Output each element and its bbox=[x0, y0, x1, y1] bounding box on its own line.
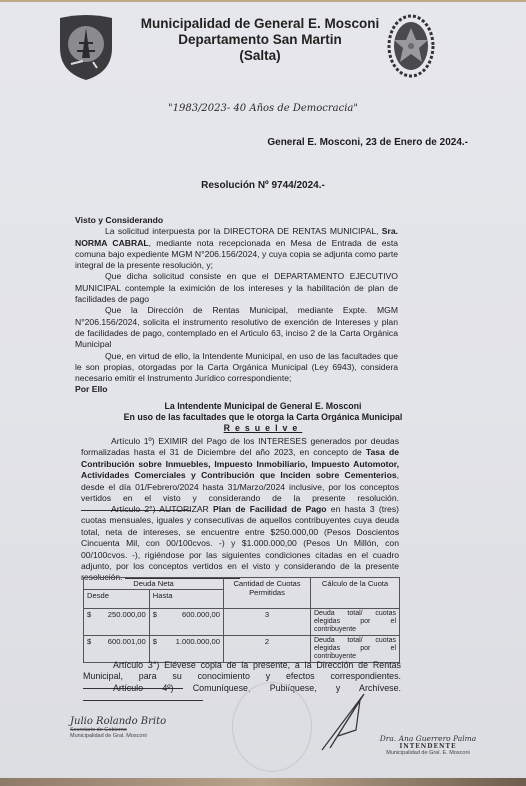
signature-left: Julio Rolando Brito Secretario de Gobier… bbox=[70, 716, 210, 739]
art2-text-a: Artículo 2°) AUTORIZAR bbox=[111, 504, 213, 514]
th-calculo: Cálculo de la Cuota bbox=[311, 578, 400, 609]
currency: $ bbox=[87, 637, 91, 646]
resuelve-heading: Resuelve bbox=[224, 423, 303, 433]
header-province: (Salta) bbox=[120, 48, 400, 63]
signature-right: Dra. Ana Guerrero Palma INTENDENTE Munic… bbox=[368, 734, 488, 756]
visto-paragraph-2: Que dicha solicitud consiste en que el D… bbox=[75, 271, 398, 305]
background-edge-bottom bbox=[0, 778, 526, 786]
left-signature-script: Julio Rolando Brito bbox=[70, 716, 210, 727]
hasta-value: 1.000.000,00 bbox=[176, 637, 220, 646]
desde-value: 250.000,00 bbox=[108, 610, 146, 619]
municipal-shield-icon bbox=[57, 14, 115, 82]
calculo-value: Deuda total/ cuotas elegidas por el cont… bbox=[311, 609, 400, 636]
header-municipality: Municipalidad de General E. Mosconi bbox=[120, 16, 400, 31]
article-2: Artículo 2°) AUTORIZAR Plan de Facilidad… bbox=[81, 504, 399, 584]
th-hasta: Hasta bbox=[149, 590, 223, 609]
header-department: Departamento San Martin bbox=[120, 32, 400, 47]
art1-text-a: Artículo 1º) EXIMIR del Pago de los INTE… bbox=[81, 436, 399, 457]
visto-paragraph-4: Que, en virtud de ello, la Intendente Mu… bbox=[75, 351, 398, 385]
por-ello: Por Ello bbox=[75, 384, 398, 395]
resuelve-wrapper: Resuelve bbox=[0, 423, 526, 433]
facultades-line: En uso de las facultades que le otorga l… bbox=[0, 412, 526, 422]
left-signature-org: Municipalidad de Gral. Mosconi bbox=[70, 733, 210, 739]
art2-text-b: en hasta 3 (tres) cuotas mensuales, igua… bbox=[81, 504, 399, 582]
th-desde: Desde bbox=[84, 590, 150, 609]
date-line: General E. Mosconi, 23 de Enero de 2024.… bbox=[267, 137, 468, 148]
calculo-value: Deuda total/ cuotas elegidas por el cont… bbox=[311, 636, 400, 663]
art2-plan: Plan de Facilidad de Pago bbox=[213, 504, 327, 514]
intendente-line: La Intendente Municipal de General E. Mo… bbox=[0, 401, 526, 411]
currency: $ bbox=[153, 610, 157, 619]
table-row: $600.001,00 $1.000.000,00 2 Deuda total/… bbox=[84, 636, 400, 663]
hasta-value: 600.000,00 bbox=[182, 610, 220, 619]
signature-scribble-icon bbox=[320, 690, 380, 770]
visto-paragraph-3: Que la Dirección de Rentas Municipal, me… bbox=[75, 305, 398, 350]
visto-section: Visto y Considerando La solicitud interp… bbox=[75, 215, 398, 396]
payment-plan-table: Deuda Neta Cantidad de Cuotas Permitidas… bbox=[83, 577, 400, 663]
desde-value: 600.001,00 bbox=[108, 637, 146, 646]
visto-heading: Visto y Considerando bbox=[75, 215, 398, 226]
faded-stamp bbox=[232, 682, 312, 772]
cuotas-value: 2 bbox=[224, 636, 311, 663]
right-signature-org: Municipalidad de Gral. E. Mosconi bbox=[368, 750, 488, 756]
right-signature-name: Dra. Ana Guerrero Palma bbox=[368, 734, 488, 743]
democracy-motto: "1983/2023- 40 Años de Democracia" bbox=[0, 103, 526, 114]
currency: $ bbox=[87, 610, 91, 619]
resolution-title: Resolución Nº 9744/2024.- bbox=[0, 180, 526, 191]
th-cuotas: Cantidad de Cuotas Permitidas bbox=[224, 578, 311, 609]
th-deuda-neta: Deuda Neta bbox=[84, 578, 224, 590]
table-row: $250.000,00 $600.000,00 3 Deuda total/ c… bbox=[84, 609, 400, 636]
dash-line bbox=[83, 700, 203, 701]
visto-paragraph-1: La solicitud interpuesta por la DIRECTOR… bbox=[75, 226, 398, 271]
art3-text: Artículo 3°) Elévese copia de la present… bbox=[83, 660, 401, 681]
currency: $ bbox=[153, 637, 157, 646]
right-signature-title: INTENDENTE bbox=[368, 743, 488, 750]
cuotas-value: 3 bbox=[224, 609, 311, 636]
p1-text-a: La solicitud interpuesta por la DIRECTOR… bbox=[105, 226, 382, 236]
